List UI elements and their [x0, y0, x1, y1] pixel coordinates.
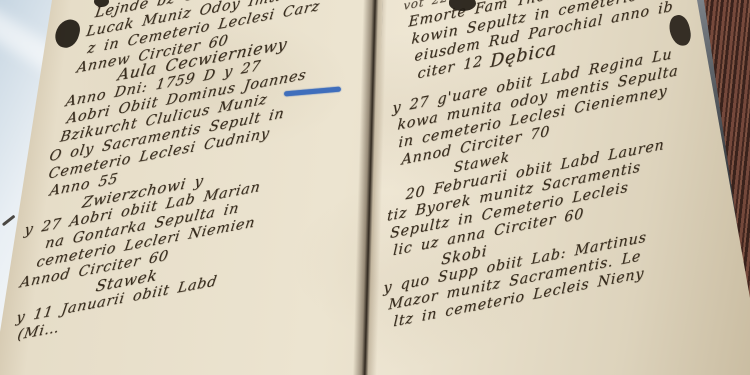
right-page-text: vot 22 Februarii ob…Emorte Fam Thomas Co…: [381, 0, 750, 334]
left-page-text: …mieniu 50 …d kamerLejnde bz Obiit Lab: …: [4, 0, 399, 347]
manuscript-photo: …mieniu 50 …d kamerLejnde bz Obiit Lab: …: [0, 0, 750, 375]
